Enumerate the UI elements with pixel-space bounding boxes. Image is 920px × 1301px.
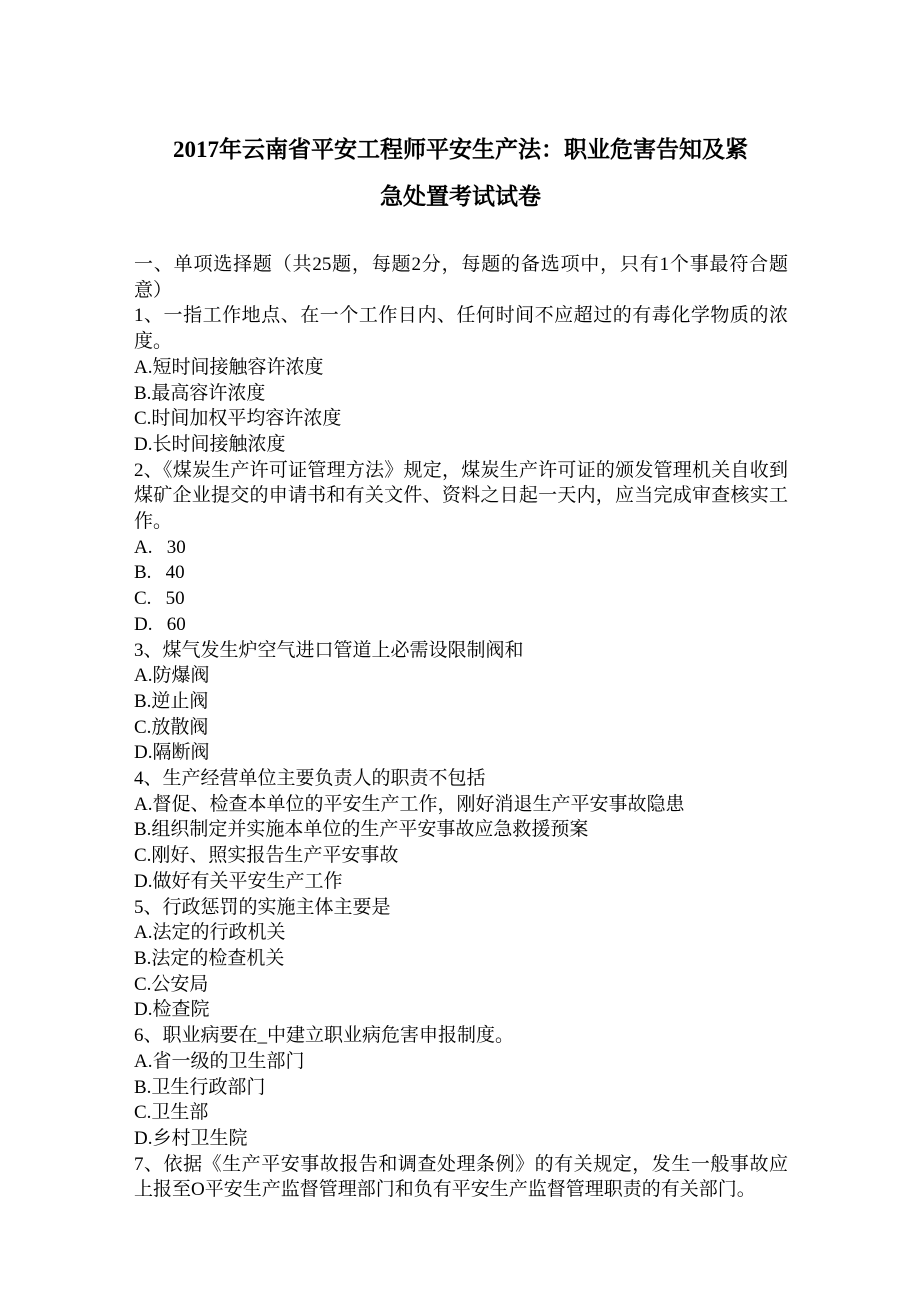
question-option: A.防爆阀 [134, 663, 788, 689]
question-option: C. 50 [134, 586, 788, 612]
question-option: C.公安局 [134, 972, 788, 998]
question-option: D.乡村卫生院 [134, 1126, 788, 1152]
question-option: D. 60 [134, 612, 788, 638]
question-stem: 3、煤气发生炉空气进口管道上必需设限制阀和 [134, 638, 788, 664]
question-option: A.法定的行政机关 [134, 920, 788, 946]
question-stem: 6、职业病要在_中建立职业病危害申报制度。 [134, 1023, 788, 1049]
question-stem: 5、行政惩罚的实施主体主要是 [134, 895, 788, 921]
question-option: D.检查院 [134, 997, 788, 1023]
document-title-line-1: 2017年云南省平安工程师平安生产法：职业危害告知及紧 [133, 126, 788, 173]
section-heading: 一、单项选择题（共25题，每题2分，每题的备选项中，只有1个事最符合题意） [134, 252, 788, 303]
question-option: B.逆止阀 [134, 689, 788, 715]
question-option: A.省一级的卫生部门 [134, 1049, 788, 1075]
question-option: C.放散阀 [134, 715, 788, 741]
document-body: 一、单项选择题（共25题，每题2分，每题的备选项中，只有1个事最符合题意） 1、… [134, 252, 788, 1203]
question-stem: 7、依据《生产平安事故报告和调查处理条例》的有关规定，发生一般事故应上报至O平安… [134, 1152, 788, 1203]
question-option: C.时间加权平均容许浓度 [134, 406, 788, 432]
question-option: A.督促、检查本单位的平安生产工作，刚好消退生产平安事故隐患 [134, 792, 788, 818]
question-option: B. 40 [134, 560, 788, 586]
question-option: C.刚好、照实报告生产平安事故 [134, 843, 788, 869]
question-list: 1、一指工作地点、在一个工作日内、任何时间不应超过的有毒化学物质的浓度。A.短时… [134, 303, 788, 1203]
question-stem: 2、《煤炭生产许可证管理方法》规定，煤炭生产许可证的颁发管理机关自收到煤矿企业提… [134, 458, 788, 535]
document-page: 2017年云南省平安工程师平安生产法：职业危害告知及紧 急处置考试试卷 一、单项… [0, 0, 920, 1301]
question-option: B.最高容许浓度 [134, 381, 788, 407]
document-title-line-2: 急处置考试试卷 [133, 173, 788, 220]
question-stem: 1、一指工作地点、在一个工作日内、任何时间不应超过的有毒化学物质的浓度。 [134, 303, 788, 354]
question-option: B.组织制定并实施本单位的生产平安事故应急救援预案 [134, 817, 788, 843]
question-option: B.法定的检查机关 [134, 946, 788, 972]
question-option: D.长时间接触浓度 [134, 432, 788, 458]
document-title: 2017年云南省平安工程师平安生产法：职业危害告知及紧 急处置考试试卷 [133, 126, 788, 220]
question-stem: 4、生产经营单位主要负责人的职责不包括 [134, 766, 788, 792]
question-option: B.卫生行政部门 [134, 1075, 788, 1101]
question-option: A. 30 [134, 535, 788, 561]
question-option: C.卫生部 [134, 1100, 788, 1126]
question-option: A.短时间接触容许浓度 [134, 355, 788, 381]
question-option: D.做好有关平安生产工作 [134, 869, 788, 895]
question-option: D.隔断阀 [134, 740, 788, 766]
